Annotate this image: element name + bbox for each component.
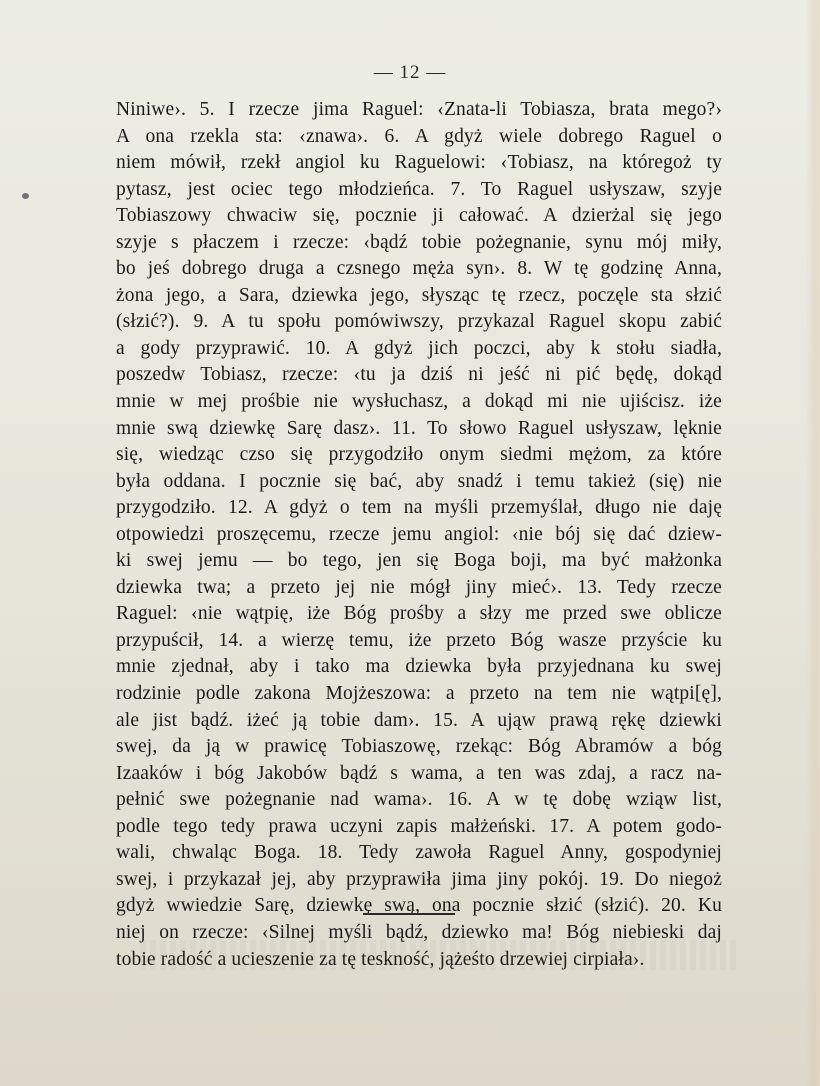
text-line: poszedw Tobiasz, rzecze: ‹tu ja dziś ni … (116, 362, 722, 389)
text-line: podle tego tedy prawa uczyni zapis małże… (116, 814, 722, 841)
text-line: mnie swą dziewkę Sarę dasz›. 11. To słow… (116, 416, 722, 443)
text-line: mnie w mej prośbie nie wysłuchasz, a dok… (116, 389, 722, 416)
text-line: była oddana. I pocznie się bać, aby snad… (116, 469, 722, 496)
text-line: wali, chwaląc Boga. 18. Tedy zawoła Ragu… (116, 840, 722, 867)
text-line: swej, da ją w prawicę Tobiaszowę, rzekąc… (116, 734, 722, 761)
text-line: mnie zjednał, aby i tako ma dziewka była… (116, 654, 722, 681)
text-line: otpowiedzi proszęcemu, rzecze jemu angio… (116, 522, 722, 549)
text-line: żona jego, a Sara, dziewka jego, słysząc… (116, 283, 722, 310)
text-line: się, wiedząc czso się przygodziło onym s… (116, 442, 722, 469)
text-line: A ona rzekla sta: ‹znawa›. 6. A gdyż wie… (116, 124, 722, 151)
text-line: pytasz, jest ociec tego młodzieńca. 7. T… (116, 177, 722, 204)
page-number: — 12 — (0, 62, 820, 84)
page-edge-shadow (806, 0, 820, 1086)
text-line: (słzić?). 9. A tu społu pomówiwszy, przy… (116, 309, 722, 336)
text-line: ki swej jemu — bo tego, jen się Boga boj… (116, 548, 722, 575)
text-line: Niniwe›. 5. I rzecze jima Raguel: ‹Znata… (116, 97, 722, 124)
section-separator-rule (363, 913, 455, 915)
text-line: a gody przyprawić. 10. A gdyż jich poczc… (116, 336, 722, 363)
text-line: Izaaków i bóg Jakobów bądź s wama, a ten… (116, 761, 722, 788)
text-line: przygodziło. 12. A gdyż o tem na myśli p… (116, 495, 722, 522)
paper-blemish (22, 193, 29, 199)
text-line: szyje s płaczem i rzecze: ‹bądź tobie po… (116, 230, 722, 257)
text-line: niem mówił, rzekł angiol ku Raguelowi: ‹… (116, 150, 722, 177)
text-line: Raguel: ‹nie wątpię, iże Bóg prośby a sł… (116, 601, 722, 628)
body-text: Niniwe›. 5. I rzecze jima Raguel: ‹Znata… (116, 97, 722, 973)
text-line: przypuścił, 14. a wierzę temu, iże przet… (116, 628, 722, 655)
bleed-through-text (140, 940, 740, 970)
text-line: pełnić swe pożegnanie nad wama›. 16. A w… (116, 787, 722, 814)
text-line: swej, i przykazał jej, aby przyprawiła j… (116, 867, 722, 894)
text-line: ale jist bądź. iżeć ją tobie dam›. 15. A… (116, 708, 722, 735)
text-line: rodzinie podle zakona Mojżeszowa: a prze… (116, 681, 722, 708)
text-line: gdyż wwiedzie Sarę, dziewkę swą, ona poc… (116, 893, 722, 920)
text-line: dziewka twa; a przeto jej nie mógł jiny … (116, 575, 722, 602)
text-line: Tobiaszowy chwaciw się, pocznie ji całow… (116, 203, 722, 230)
text-line: bo jeś dobrego druga a czsnego męża syn›… (116, 256, 722, 283)
